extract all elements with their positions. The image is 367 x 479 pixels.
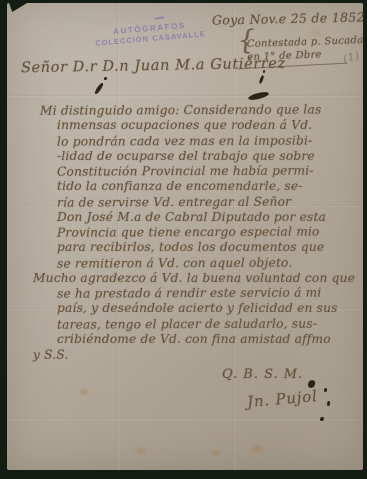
closing-formula: Q. B. S. M.	[222, 367, 303, 382]
stamp-dash-mark	[155, 16, 164, 20]
body-line: se remitieron á Vd. con aquel objeto.	[57, 255, 355, 272]
body-line: Constitución Provincial me había permi-	[57, 163, 355, 180]
ink-dot	[324, 388, 327, 392]
ink-dot	[327, 401, 330, 406]
signature: Jn. Pujol	[246, 387, 318, 411]
letter-body: Mi distinguido amigo: Considerando que l…	[7, 103, 355, 362]
body-line: ría de servirse Vd. entregar al Señor	[57, 194, 355, 211]
ink-blot	[104, 77, 107, 80]
body-line: -lidad de ocuparse del trabajo que sobre	[57, 149, 355, 164]
foxing-stain	[210, 449, 222, 457]
body-line: lo pondrán cada vez mas en la imposibi-	[57, 133, 355, 150]
ink-blot	[94, 82, 104, 95]
body-line: país, y deseándole acierto y felicidad e…	[57, 301, 355, 316]
dateline: Goya Nov.e 25 de 1852	[212, 9, 365, 27]
body-line: Mi distinguido amigo: Considerando que l…	[40, 102, 355, 119]
body-line: Don José M.a de Cabral Diputado por esta	[57, 210, 355, 225]
ink-dot	[320, 417, 324, 421]
body-line: y S.S.	[33, 346, 355, 363]
fold-crease-horizontal	[7, 418, 363, 420]
body-line: tareas, tengo el placer de saludarlo, su…	[57, 316, 355, 333]
body-line: Mucho agradezco á Vd. la buena voluntad …	[33, 271, 355, 286]
annotation-brace: {	[237, 34, 255, 48]
salutation: Señor D.r D.n Juan M.a Gutiérrez	[21, 56, 286, 77]
body-line: se ha prestado á rendir este servicio á …	[57, 285, 355, 302]
ink-blot	[259, 75, 265, 84]
fold-crease-horizontal	[7, 95, 363, 97]
collection-stamp: AUTÓGRAFOS COLECCIÓN CASAVALLE	[84, 18, 215, 48]
paper-corner-notch	[9, 3, 27, 12]
ink-smudge	[248, 91, 270, 102]
letter-scan: AUTÓGRAFOS COLECCIÓN CASAVALLE Goya Nov.…	[0, 0, 367, 479]
ink-blot	[263, 70, 265, 73]
pencil-number-mark: (1)	[342, 49, 361, 66]
foxing-stain	[77, 387, 91, 397]
body-line: tido la confianza de encomendarle, se-	[57, 179, 355, 194]
body-line: Provincia que tiene encargo especial mio	[57, 224, 355, 241]
body-line: para recibirlos, todos los documentos qu…	[57, 240, 355, 255]
body-line: cribiéndome de Vd. con fina amistad affm…	[57, 332, 355, 347]
foxing-stain	[133, 446, 149, 456]
paper-sheet: AUTÓGRAFOS COLECCIÓN CASAVALLE Goya Nov.…	[7, 3, 363, 470]
body-line: inmensas ocupaciones que rodean á Vd.	[57, 118, 355, 133]
foxing-stain	[247, 443, 267, 455]
